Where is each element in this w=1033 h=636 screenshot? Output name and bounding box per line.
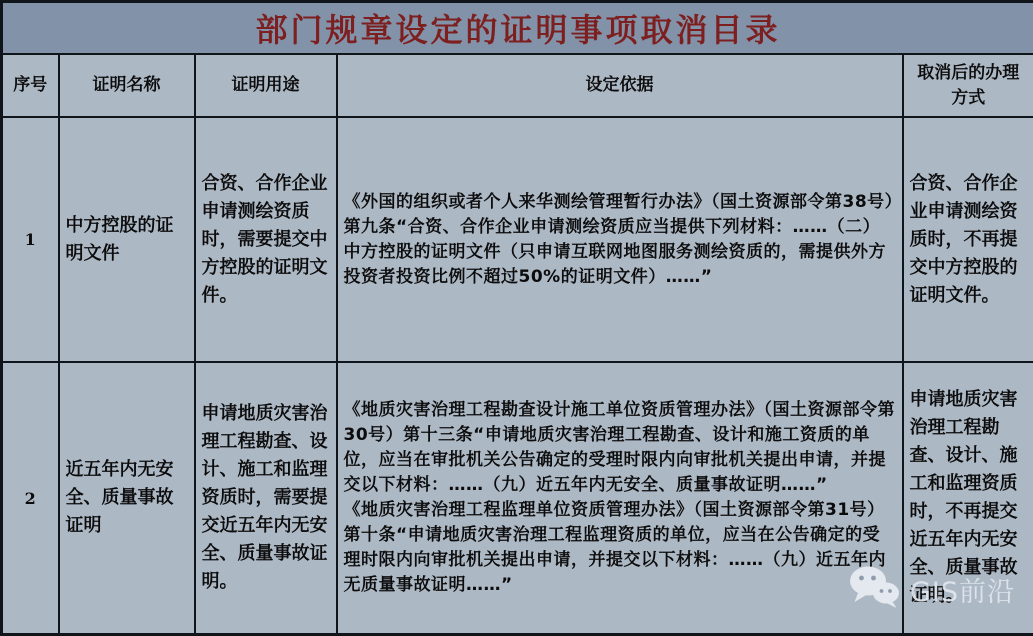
basis-paragraph: 《外国的组织或者个人来华测绘管理暂行办法》（国土资源部令第38号）第九条“合资、… [344, 190, 896, 290]
header-cell-purpose: 证明用途 [195, 54, 337, 117]
document-page: 部门规章设定的证明事项取消目录 序号 证明名称 证明用途 设定依据 取消后的办理… [0, 0, 1033, 636]
cell-basis: 《外国的组织或者个人来华测绘管理暂行办法》（国土资源部令第38号）第九条“合资、… [337, 117, 903, 362]
title-row: 部门规章设定的证明事项取消目录 [2, 2, 1033, 55]
header-cell-serial: 序号 [2, 54, 59, 117]
cell-serial: 2 [2, 362, 59, 635]
cell-name: 近五年内无安全、质量事故证明 [59, 362, 195, 635]
cell-purpose: 申请地质灾害治理工程勘查、设计、施工和监理资质时，需要提交近五年内无安全、质量事… [195, 362, 337, 635]
cell-basis: 《地质灾害治理工程勘查设计施工单位资质管理办法》（国土资源部令第30号）第十三条… [337, 362, 903, 635]
cell-after: 合资、合作企业申请测绘资质时，不再提交中方控股的证明文件。 [903, 117, 1033, 362]
header-cell-name: 证明名称 [59, 54, 195, 117]
cell-name: 中方控股的证明文件 [59, 117, 195, 362]
table-row: 2 近五年内无安全、质量事故证明 申请地质灾害治理工程勘查、设计、施工和监理资质… [2, 362, 1033, 635]
header-cell-after: 取消后的办理方式 [903, 54, 1033, 117]
header-row: 序号 证明名称 证明用途 设定依据 取消后的办理方式 [2, 54, 1033, 117]
table-row: 1 中方控股的证明文件 合资、合作企业申请测绘资质时，需要提交中方控股的证明文件… [2, 117, 1033, 362]
basis-paragraph: 《地质灾害治理工程勘查设计施工单位资质管理办法》（国土资源部令第30号）第十三条… [344, 398, 896, 498]
cell-after: 申请地质灾害治理工程勘查、设计、施工和监理资质时，不再提交近五年内无安全、质量事… [903, 362, 1033, 635]
cell-purpose: 合资、合作企业申请测绘资质时，需要提交中方控股的证明文件。 [195, 117, 337, 362]
header-cell-basis: 设定依据 [337, 54, 903, 117]
page-title: 部门规章设定的证明事项取消目录 [2, 2, 1033, 55]
cancellation-catalog-table: 部门规章设定的证明事项取消目录 序号 证明名称 证明用途 设定依据 取消后的办理… [0, 0, 1033, 636]
basis-paragraph: 《地质灾害治理工程监理单位资质管理办法》（国土资源部令第31号）第十条“申请地质… [344, 498, 896, 598]
cell-serial: 1 [2, 117, 59, 362]
